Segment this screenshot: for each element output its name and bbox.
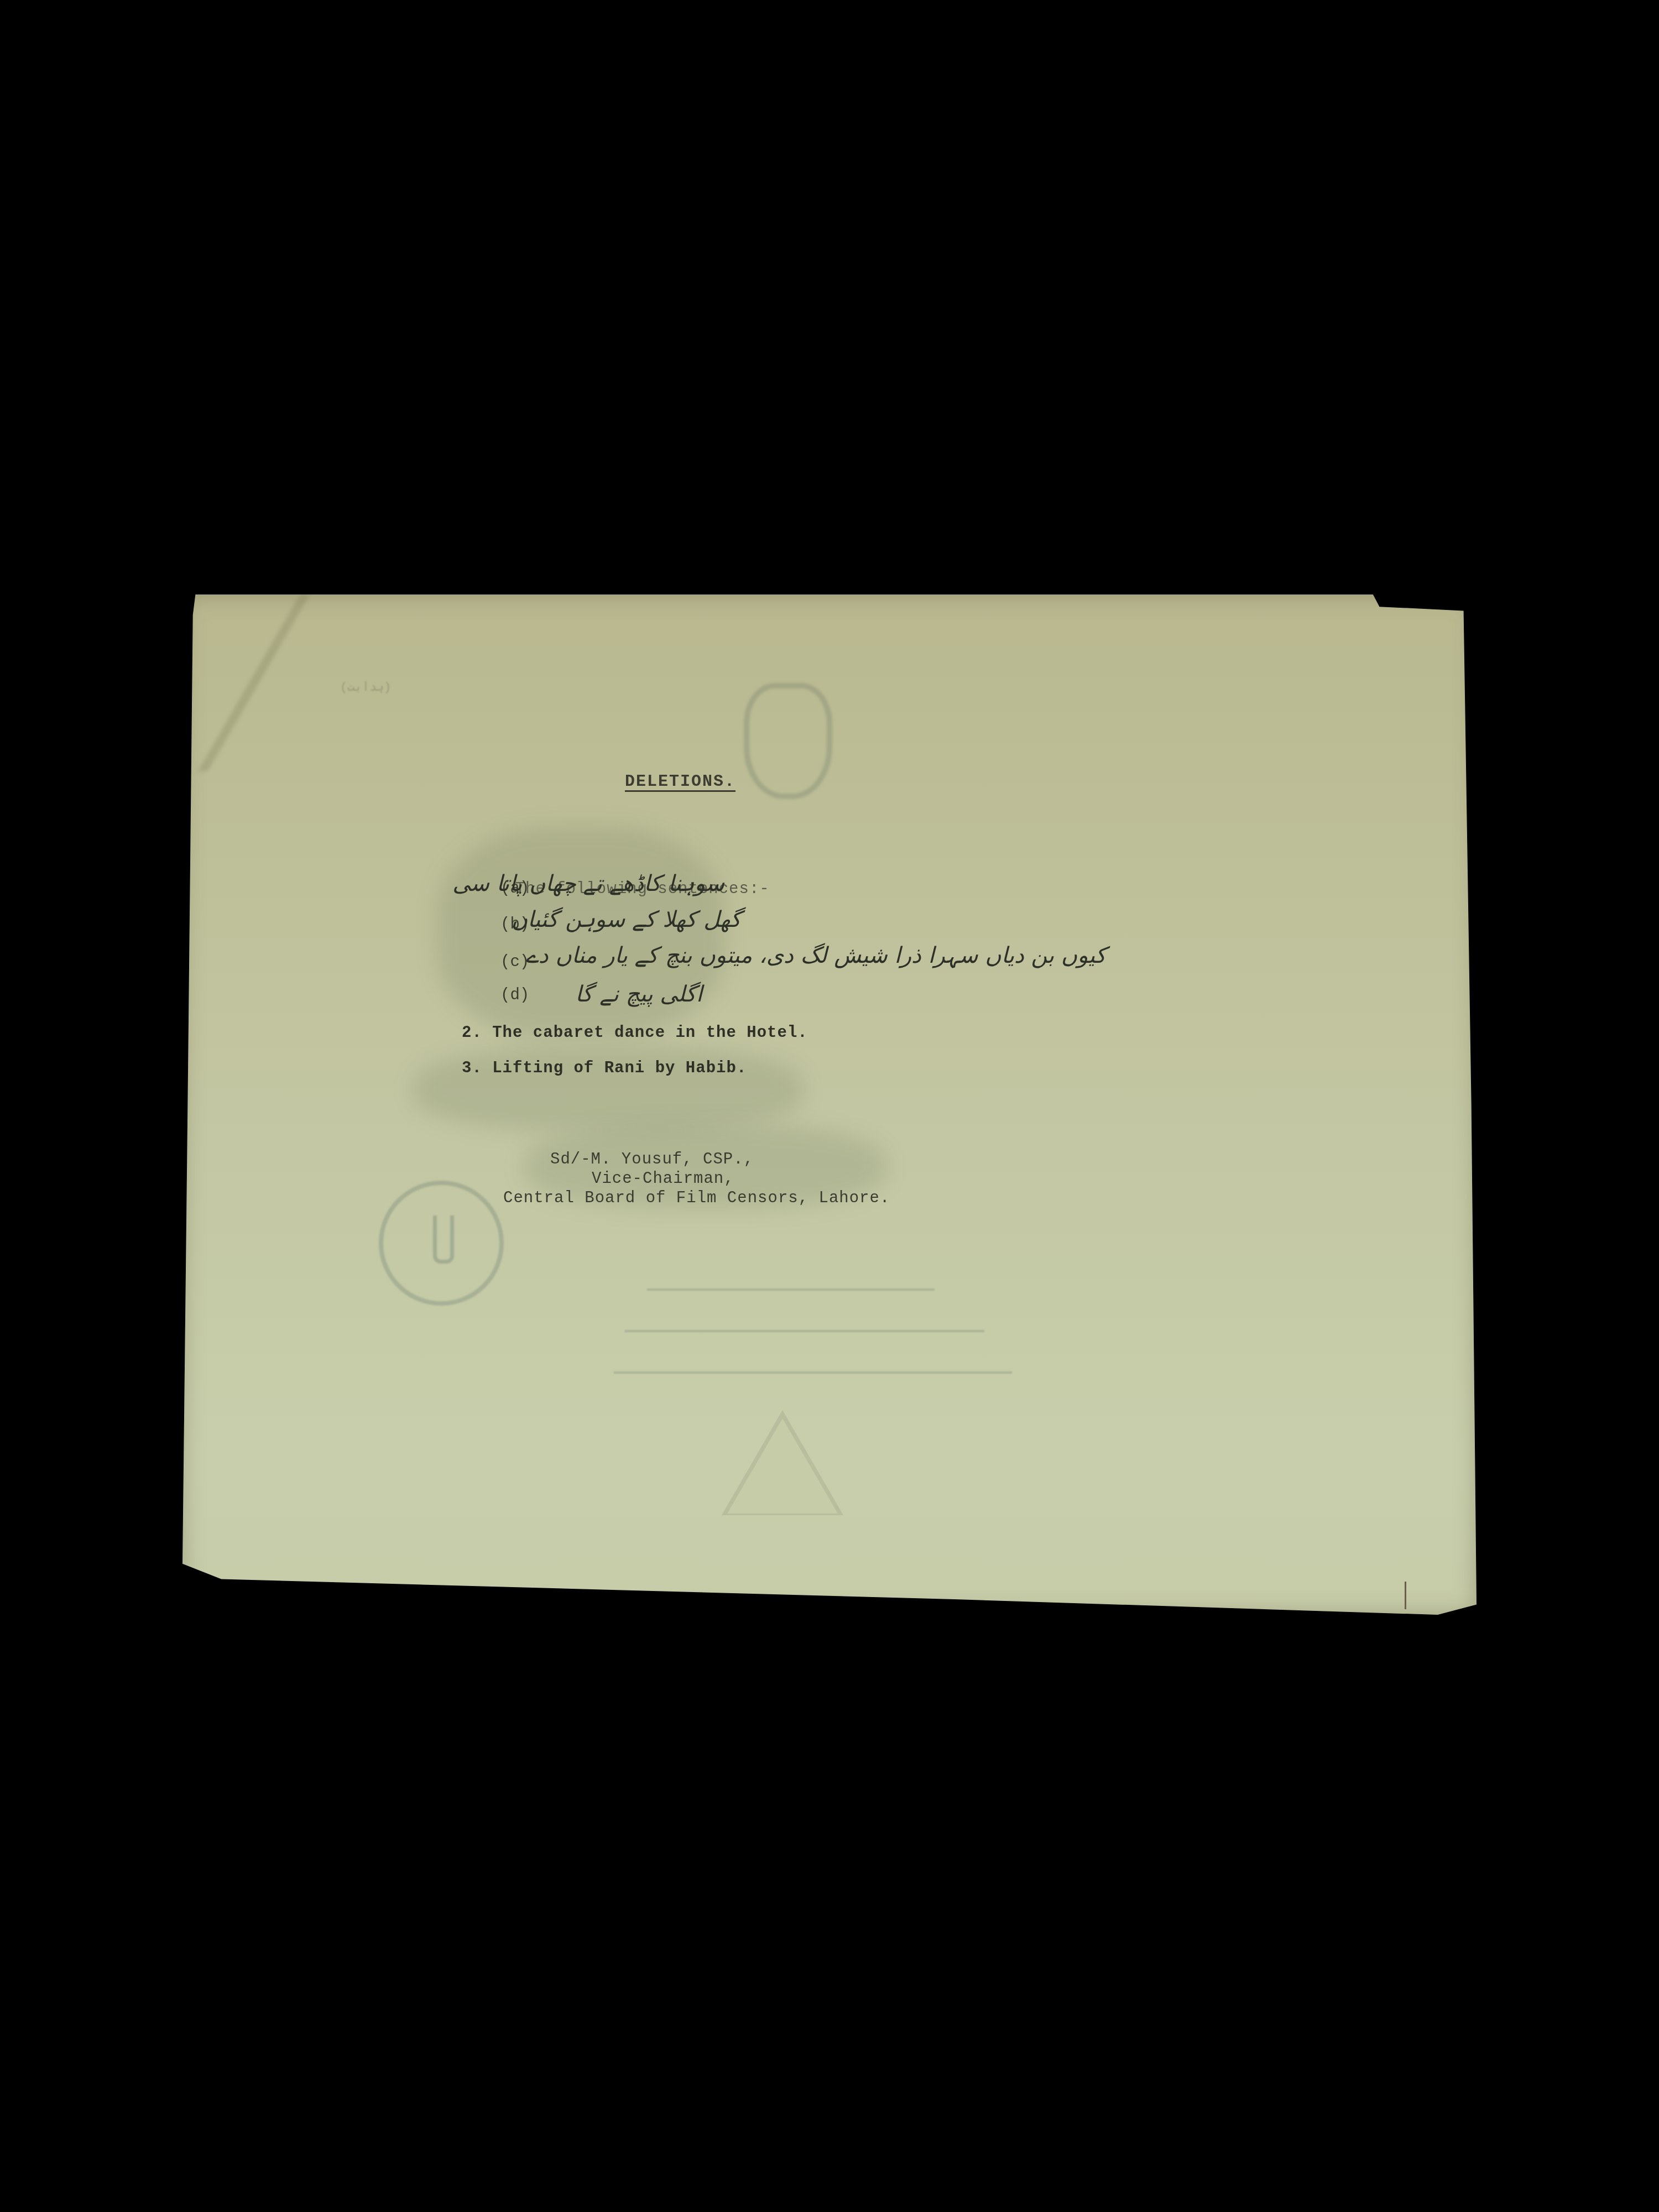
sub-item-a-text: سوہنا کاڈھے تے چھاں پاتا سی [559,871,724,896]
faded-stamp-icon [379,1181,504,1306]
bleed-through-line [625,1330,984,1332]
item-3: 3. Lifting of Rani by Habib. [462,1059,747,1077]
margin-note: (ہدایت) [340,680,390,697]
signature-title: Vice-Chairman, [592,1170,734,1188]
sub-item-b-text: گھل کھلا کے سوہن گئیاں [559,907,741,932]
paper-crease [198,594,310,771]
item-2-text: The cabaret dance in the Hotel. [492,1024,808,1042]
faded-emblem-icon [744,683,832,799]
sub-item-d-label: (d) [500,986,529,1004]
document-paper: (ہدایت) DELETIONS. 1. The following sent… [182,594,1477,1615]
bleed-through-line [614,1371,1012,1374]
signature-name: Sd/-M. Yousuf, CSP., [550,1150,754,1168]
item-3-number: 3. [462,1059,482,1077]
paper-tear [1405,1582,1406,1609]
sub-item-c-text: کیوں بن دیاں سہرا ذرا شیش لگ دی، میتوں ب… [525,943,1106,968]
signature-organization: Central Board of Film Censors, Lahore. [503,1189,890,1207]
page-title: DELETIONS. [625,773,735,791]
sub-item-d-text: اگلی پیچ نے گا [581,982,702,1007]
bleed-through-line [647,1288,935,1291]
item-3-text: Lifting of Rani by Habib. [492,1059,747,1077]
item-2-number: 2. [462,1024,482,1042]
triangle-inner [727,1418,838,1514]
item-2: 2. The cabaret dance in the Hotel. [462,1024,808,1042]
